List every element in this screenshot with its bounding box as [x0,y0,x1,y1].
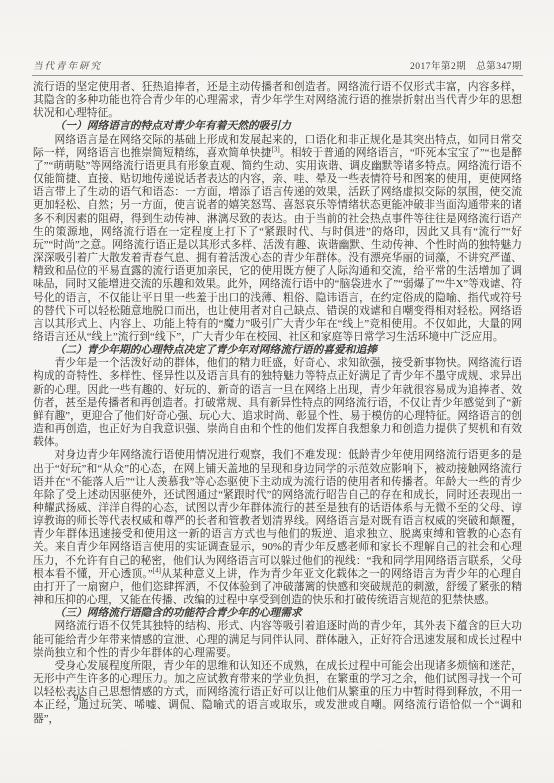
citation-superscript: [4] [153,566,161,574]
issue-info: 2017年第2期 总第347期 [410,58,522,72]
paragraph: 流行语的坚定使用者、狂热追捧者，还是主动传播者和创造者。网络流行语不仅形式丰富，… [33,81,522,120]
section-heading: （二）青少年期的心理特点决定了青少年对网络流行语的喜爱和追捧 [33,344,522,357]
paragraph: 网络语言是在网络交际的基础上形成和发展起来的，口语化和非正规化是其突出特点，如同… [33,134,522,345]
section-heading: （一）网络语言的特点对青少年有着天然的吸引力 [33,120,522,133]
paragraph: 对身边青少年网络流行语使用情况进行观察，我们不难发现：低龄青少年使用网络流行语更… [33,449,522,607]
scanned-journal-page: 当代青年研究 2017年第2期 总第347期 流行语的坚定使用者、狂热追捧者，还… [0,0,554,783]
section-heading: （三）网络流行语隐含的功能符合青少年的心理需求 [33,607,522,620]
paragraph: 网络流行语不仅凭其独特的结构、形式、内容等吸引着追逐时尚的青少年，其外表下蕴含的… [33,620,522,659]
paragraph: 受身心发展程度所限，青少年的思维和认知还不成熟，在成长过程中可能会出现诸多烦恼和… [33,660,522,726]
page-header: 当代青年研究 2017年第2期 总第347期 [33,58,522,72]
article-body: 流行语的坚定使用者、狂热追捧者，还是主动传播者和创造者。网络流行语不仅形式丰富，… [33,81,522,726]
page-number: · 96 · [66,694,93,704]
paragraph: 青少年是一个活泼好动的群体，他们的精力旺盛，好奇心、求知欲强，接受新事物快。网络… [33,357,522,449]
header-divider [32,75,523,76]
citation-superscript: [3] [272,145,280,153]
journal-name: 当代青年研究 [33,58,102,72]
